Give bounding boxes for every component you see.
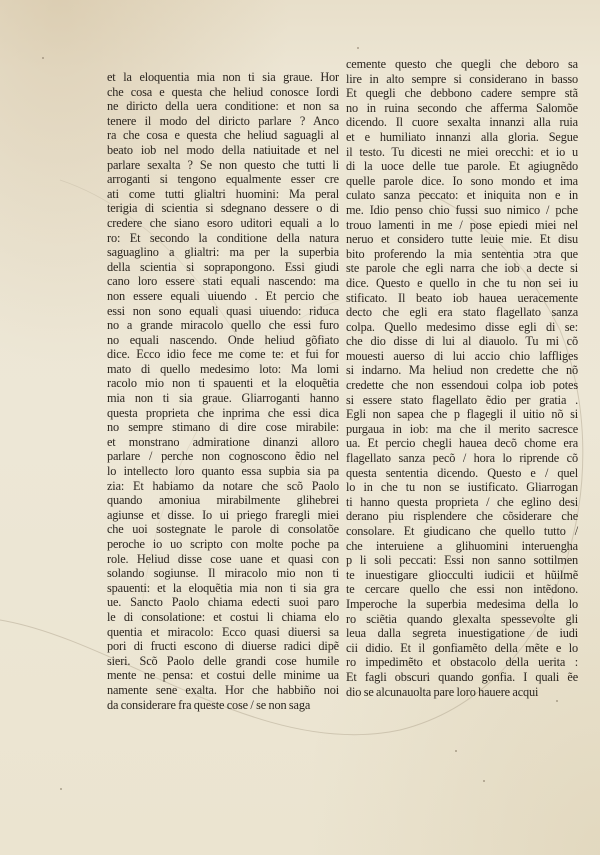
text-line: da considerare fra queste cose / se non … <box>107 698 339 713</box>
text-line: credette che non essendoui colpa iob pot… <box>346 378 578 393</box>
text-line: bito proferendo la mia sententia ɔtra qu… <box>346 247 578 262</box>
text-line: beato iob nel modo della natiuitade et n… <box>107 143 339 158</box>
text-line: mouesti auerso di lui accio chio lafflig… <box>346 349 578 364</box>
text-line: pori di fructi escono di diuerse radici … <box>107 639 339 654</box>
text-line: culato sanza peccato: et iniquita non e … <box>346 188 578 203</box>
text-line: decto che egli era stato flagellato sanz… <box>346 305 578 320</box>
text-line: et la eloquentia mia non ti sia graue. H… <box>107 70 339 85</box>
paper-speck <box>42 57 44 59</box>
text-line: derano piu risplendere che cõsiderare ch… <box>346 509 578 524</box>
text-line: no in ruina secondo che afferma Salomõe <box>346 101 578 116</box>
text-line: me. Idio penso chio fussi suo nimico / p… <box>346 203 578 218</box>
text-line: purgaua in iob: ma che il merito sacresc… <box>346 422 578 437</box>
text-line: dice. Ecco idio fece me come te: et fui … <box>107 347 339 362</box>
text-line: dio se alcunauolta pare loro hauere acqu… <box>346 685 578 700</box>
text-line: Imperoche la superbia medesima della lo <box>346 597 578 612</box>
text-line: ti hanno questa proprieta / che eglino d… <box>346 495 578 510</box>
text-line: Et quegli che debbono cadere sempre stã <box>346 86 578 101</box>
text-line: terigia di scientia si sdegnano dessere … <box>107 201 339 216</box>
text-line: ua. Et percio chegli hauea decõ chome er… <box>346 436 578 451</box>
text-line: dice. Questo e quello in che tu non sei … <box>346 276 578 291</box>
text-line: parlare sexalta ? Se non questo che tutt… <box>107 158 339 173</box>
text-line: ro impedimẽto et obstacolo della uerita … <box>346 655 578 670</box>
text-line: dicendo. Il cuore sexalta innanzi alla r… <box>346 115 578 130</box>
text-line: ste parole che egli narra che iob a dect… <box>346 261 578 276</box>
text-line: role. Heliud disse cose uane et quasi co… <box>107 552 339 567</box>
text-line: zia: Et habiamo da notare che scõ Paolo <box>107 479 339 494</box>
text-line: lo in che tu non se iustificato. Gliarro… <box>346 480 578 495</box>
text-line: che interuiene a glihuomini interuengha <box>346 539 578 554</box>
text-line: che dio disse di lui al diauolo. Tu mi c… <box>346 334 578 349</box>
text-line: sieri. Scõ Paolo delle grandi cose humil… <box>107 654 339 669</box>
scanned-page: et la eloquentia mia non ti sia graue. H… <box>0 0 600 855</box>
text-line: ra che cosa e questa che heliud saguagli… <box>107 128 339 143</box>
text-line: ati come tutti glialtri huomini: Ma pera… <box>107 187 339 202</box>
text-line: neruo et considero tutte leuie mie. Et d… <box>346 232 578 247</box>
text-line: si indarno. Ma heliud non credette che n… <box>346 363 578 378</box>
text-line: che cosa e questa che heliud conosce Ior… <box>107 85 339 100</box>
paper-speck <box>556 700 558 702</box>
text-line: non essere equali uiuendo . Et percio ch… <box>107 289 339 304</box>
text-line: consolare. Et giudicano che quello tutto… <box>346 524 578 539</box>
text-line: cemente questo che quegli che deboro sa <box>346 57 578 72</box>
text-line: il testo. Tu dicesti ne miei orecchi: et… <box>346 145 578 160</box>
text-line: no a grande miracolo quello che essi fur… <box>107 318 339 333</box>
text-line: arroganti si tengono equalmente esser cr… <box>107 172 339 187</box>
text-line: peroche io uo scripto con molte poche pa <box>107 537 339 552</box>
text-line: che uoi sostegnate le parole di consolat… <box>107 522 339 537</box>
text-line: cano loro essere stati equali nascendo: … <box>107 274 339 289</box>
text-line: quelle parole dice. Io sono mondo et ima <box>346 174 578 189</box>
text-line: ne diricto della uera conditione: et non… <box>107 99 339 114</box>
text-line: ue. Sancto Paolo chiama edecti suoi paro <box>107 595 339 610</box>
text-line: credere che siano esoro uditori equali a… <box>107 216 339 231</box>
text-line: trouo lamenti in me / pose epiedi miei n… <box>346 218 578 233</box>
text-line: leua dalla segreta inuestigatione de iud… <box>346 626 578 641</box>
text-line: no equali nascendo. Onde heliud gõfiato <box>107 333 339 348</box>
paper-speck <box>455 750 457 752</box>
text-line: te inuestigare gliocculti iudicii et hũi… <box>346 568 578 583</box>
text-line: cii didio. Et il gonfiamẽto della mẽte e… <box>346 641 578 656</box>
text-line: di la uoce delle tue parole. Et agiugnẽd… <box>346 159 578 174</box>
text-line: ro: Et secondo la conditione della natur… <box>107 231 339 246</box>
text-line: mato di quello medesimo loto: Ma lomi <box>107 362 339 377</box>
paper-speck <box>60 788 62 790</box>
text-line: stificato. Il beato iob hauea ueracement… <box>346 291 578 306</box>
text-line: no sempre stimano di dire cose mirabile: <box>107 420 339 435</box>
text-line: tenere il modo del diricto parlare ? Anc… <box>107 114 339 129</box>
text-line: ro sciẽtia quando glexalta spessevolte g… <box>346 612 578 627</box>
text-line: questa sententia dicendo. Questo e / que… <box>346 466 578 481</box>
text-line: saguaglino a glialtri: ma per la superbi… <box>107 245 339 260</box>
text-line: flagellato sanza pecõ / hora lo riprende… <box>346 451 578 466</box>
text-line: te cercare quello che essi non intẽdono. <box>346 582 578 597</box>
right-text-column: cemente questo che quegli che deboro sal… <box>346 57 578 699</box>
text-line: Et fagli obscuri quando gonfia. I quali … <box>346 670 578 685</box>
text-line: essi non sono equali quasi uiuendo: ridu… <box>107 304 339 319</box>
text-line: Egli non sapea che p flagegli il uitio n… <box>346 407 578 422</box>
text-line: mia non ti sia graue. Gliarroganti hanno <box>107 391 339 406</box>
paper-speck <box>483 780 485 782</box>
text-line: colpa. Quello medesimo disse egli di se: <box>346 320 578 335</box>
text-line: mente ne pensa: et costui delle minime u… <box>107 668 339 683</box>
text-line: le di consolatione: et costui li chiama … <box>107 610 339 625</box>
text-line: racolo mio non ti spauenti et la eloquẽt… <box>107 376 339 391</box>
text-line: quentia et miracolo: Ecco quasi diuersi … <box>107 625 339 640</box>
text-line: namente sene exalta. Hor che habbiño noi <box>107 683 339 698</box>
text-line: et e humiliato innanzi alla gloria. Segu… <box>346 130 578 145</box>
text-line: della scientia si soprapongono. Essi giu… <box>107 260 339 275</box>
text-line: lire in alto sempre si considerano in ba… <box>346 72 578 87</box>
text-line: solando sogiunse. Il miracolo mio non ti <box>107 566 339 581</box>
text-line: agiunse et disse. Io ui priego fraregli … <box>107 508 339 523</box>
text-line: si essere stato flagellato ẽdio per grat… <box>346 393 578 408</box>
text-line: quando amoniua mirabilmente glihebrei <box>107 493 339 508</box>
text-line: questa proprieta che inprima che essi di… <box>107 406 339 421</box>
paper-speck <box>357 47 359 49</box>
text-line: parlare / perche non cognoscono ẽdio nel <box>107 449 339 464</box>
text-line: p li soli peccati: Essi non sanno sottil… <box>346 553 578 568</box>
text-line: spauenti: et la eloquẽtia mia non ti sia… <box>107 581 339 596</box>
left-text-column: et la eloquentia mia non ti sia graue. H… <box>107 70 339 712</box>
text-line: et monstrano admiratione dinanzi alloro <box>107 435 339 450</box>
text-line: lo intellecto loro quanto essa supbia si… <box>107 464 339 479</box>
